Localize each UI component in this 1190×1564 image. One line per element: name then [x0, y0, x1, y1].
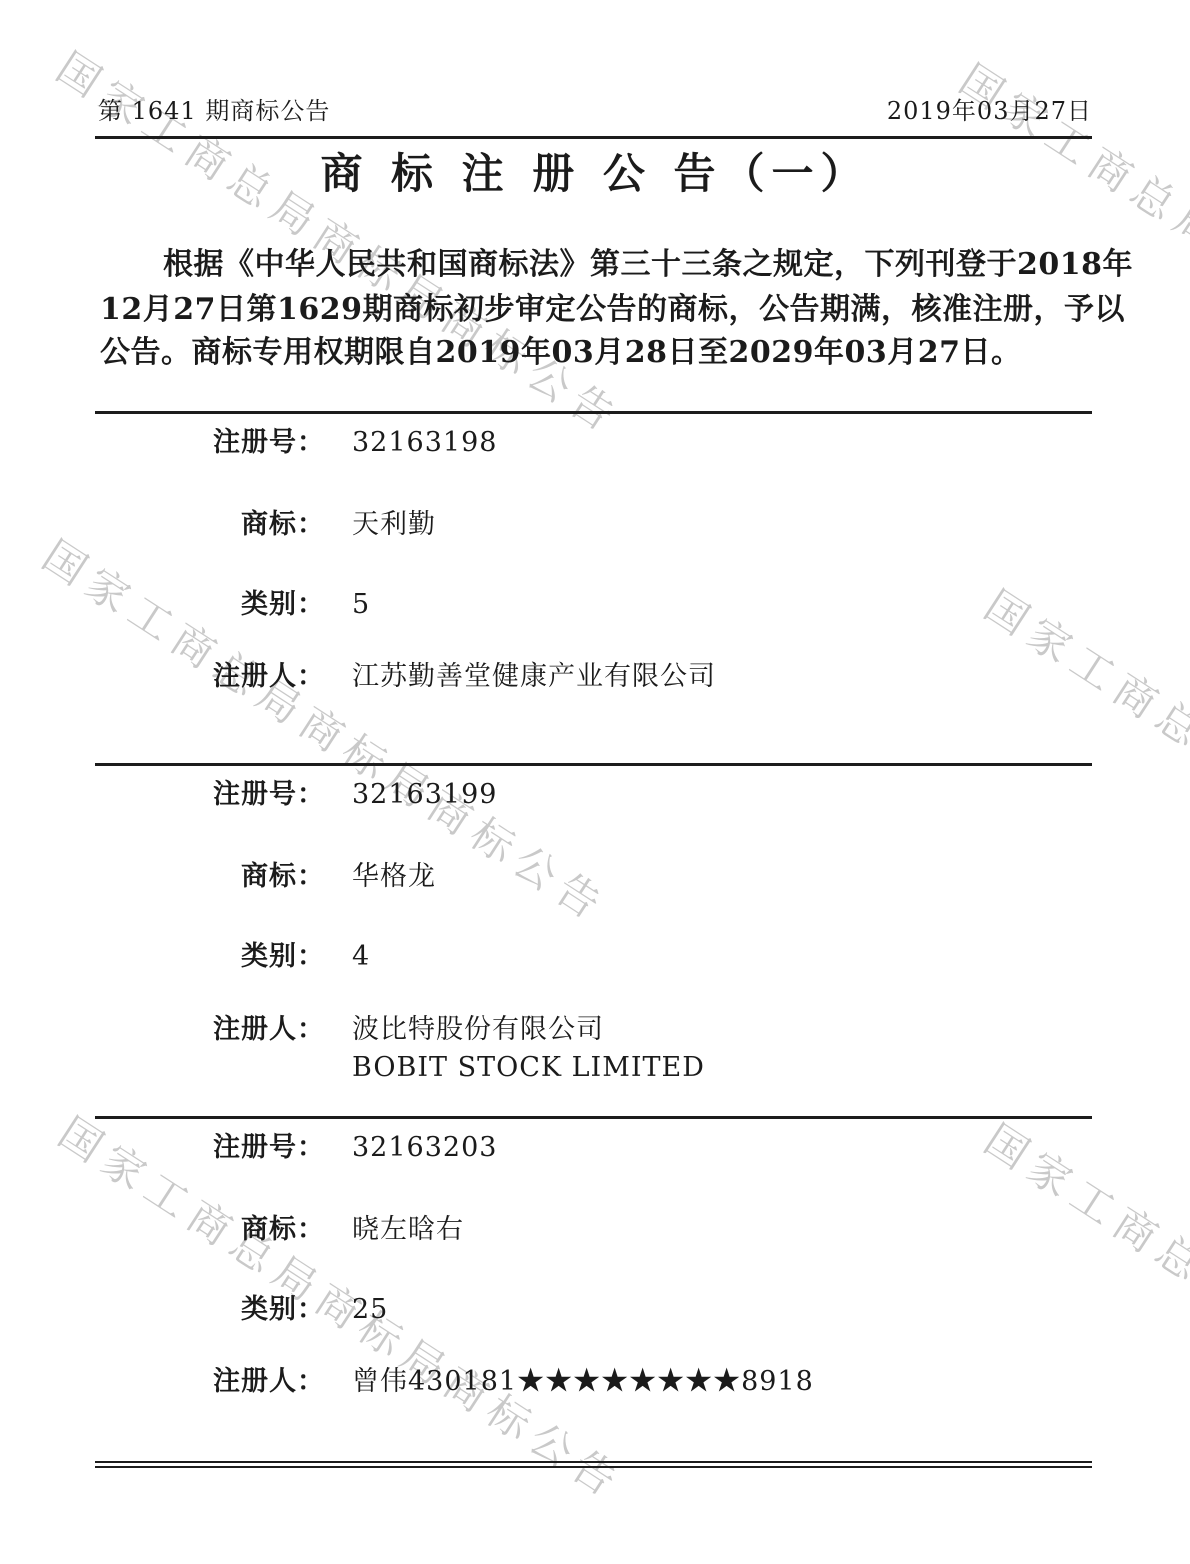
header-rule — [95, 136, 1092, 139]
label-mark: 商标： — [95, 508, 325, 542]
label-mark: 商标： — [95, 1213, 325, 1247]
label-class: 类别： — [95, 1293, 325, 1327]
label-reg-no: 注册号： — [95, 1131, 325, 1165]
value-mark: 晓左晗右 — [352, 1213, 1072, 1247]
label-class: 类别： — [95, 940, 325, 974]
label-class: 类别： — [95, 588, 325, 622]
value-reg-no: 32163199 — [352, 778, 1072, 812]
intro-line-2: 12月27日第1629期商标初步审定公告的商标，公告期满，核准注册，予以 — [100, 288, 1092, 332]
header-date: 2019年03月27日 — [0, 95, 1092, 127]
page-title: 商 标 注 册 公 告（一） — [0, 146, 1190, 202]
value-registrant: 波比特股份有限公司 — [352, 1013, 1072, 1047]
label-reg-no: 注册号： — [95, 778, 325, 812]
value-registrant: 江苏勤善堂健康产业有限公司 — [352, 660, 1072, 694]
value-registrant: 曾伟430181★★★★★★★★8918 — [352, 1365, 1072, 1399]
value-class: 5 — [352, 588, 1072, 622]
label-registrant: 注册人： — [95, 1365, 325, 1399]
value-class: 4 — [352, 940, 1072, 974]
entry-separator — [95, 411, 1092, 414]
intro-line-3: 公告。商标专用权期限自2019年03月28日至2029年03月27日。 — [100, 331, 1092, 375]
value-mark: 天利勤 — [352, 508, 1072, 542]
value-reg-no: 32163203 — [352, 1131, 1072, 1165]
bottom-rule — [95, 1461, 1092, 1468]
label-mark: 商标： — [95, 860, 325, 894]
label-reg-no: 注册号： — [95, 426, 325, 460]
value-reg-no: 32163198 — [352, 426, 1072, 460]
intro-line-1: 根据《中华人民共和国商标法》第三十三条之规定，下列刊登于2018年 — [100, 243, 1092, 287]
gazette-page: 国家工商总局商标局商标公告 国家工商总局商标局商标公告 国家工商总局商标局商标公… — [0, 0, 1190, 1564]
value-class: 25 — [352, 1293, 1072, 1327]
entry-separator — [95, 763, 1092, 766]
value-mark: 华格龙 — [352, 860, 1072, 894]
entry-separator — [95, 1116, 1092, 1119]
value-registrant-english: BOBIT STOCK LIMITED — [352, 1051, 1072, 1085]
label-registrant: 注册人： — [95, 660, 325, 694]
label-registrant: 注册人： — [95, 1013, 325, 1047]
